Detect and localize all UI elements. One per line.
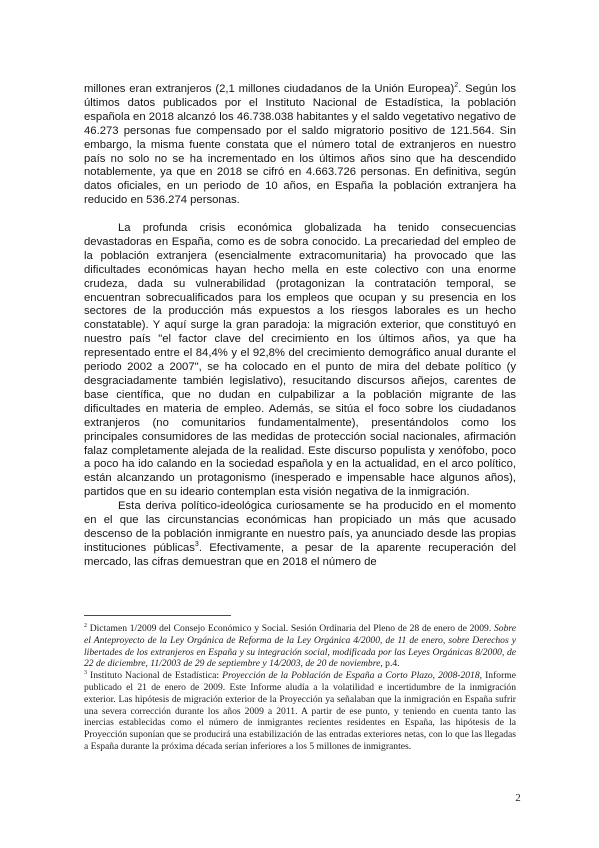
paragraph: millones eran extranjeros (2,1 millones … xyxy=(84,83,516,208)
footnote-area: 2 Dictamen 1/2009 del Consejo Económico … xyxy=(84,615,516,753)
page-number: 2 xyxy=(506,792,530,804)
footnote: 2 Dictamen 1/2009 del Consejo Económico … xyxy=(84,623,516,670)
footnote: 3 Instituto Nacional de Estadística: Pro… xyxy=(84,670,516,753)
text-run: Instituto Nacional de Estadística: xyxy=(87,670,222,681)
footnotes: 2 Dictamen 1/2009 del Consejo Económico … xyxy=(84,623,516,753)
text-run: La profunda crisis económica globalizada… xyxy=(84,222,516,498)
italic-text: Proyección de la Población de España a C… xyxy=(222,670,482,681)
body-text: millones eran extranjeros (2,1 millones … xyxy=(84,83,516,570)
footnote-separator xyxy=(84,615,231,616)
text-run: Dictamen 1/2009 del Consejo Económico y … xyxy=(87,623,494,634)
text-run: millones eran extranjeros (2,1 millones … xyxy=(84,83,454,95)
text-run: , p.4. xyxy=(380,658,399,669)
document-page: millones eran extranjeros (2,1 millones … xyxy=(0,0,599,848)
paragraph: La profunda crisis económica globalizada… xyxy=(84,222,516,500)
paragraph: Esta deriva político-ideológica curiosam… xyxy=(84,500,516,570)
text-run: Informe publicado el 21 de enero de 2009… xyxy=(84,670,516,752)
text-run: . Según los últimos datos publicados por… xyxy=(84,83,516,206)
